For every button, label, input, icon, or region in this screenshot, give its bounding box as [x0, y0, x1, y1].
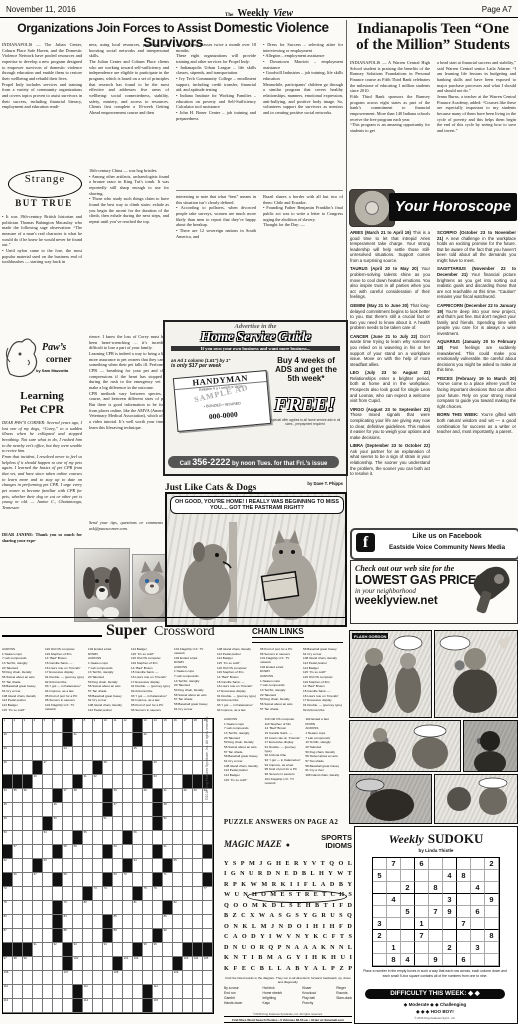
crossword-cell-number: 114	[84, 999, 88, 1002]
crossword-cell	[13, 803, 23, 817]
magic-maze-instructions: Find the listed words in the diagram. Th…	[224, 976, 352, 984]
crossword-cell-number: 66	[14, 873, 17, 876]
gas-prices-ad: Check out our web site for the LOWEST GA…	[350, 560, 518, 624]
sudoku-given-cell: 7	[457, 918, 471, 930]
crossword-clue: 61 Cry a river	[174, 708, 214, 712]
crossword-cell	[103, 733, 113, 747]
crossword-cell	[203, 803, 213, 817]
horoscope-entry: ARIES (March 21 to April 19) This is a g…	[350, 230, 430, 263]
crossword-cell	[183, 803, 193, 817]
crossword-cell: 79	[63, 901, 73, 915]
crossword-cell-number: 56	[134, 831, 137, 834]
crossword-cell	[173, 999, 183, 1013]
crossword-cell-number: 25	[134, 747, 137, 750]
crossword-cell: 65	[173, 859, 183, 873]
sudoku-given-cell: 3	[373, 918, 387, 930]
crossword-cell	[23, 929, 33, 943]
crossword-cell	[93, 733, 103, 747]
crossword-cell	[13, 901, 23, 915]
sudoku-empty-cell	[373, 906, 387, 918]
crossword-cell: 47	[113, 803, 123, 817]
crossword-black-cell	[133, 733, 143, 747]
ad-free-text: FREE!	[265, 394, 345, 417]
crossword-cell-number: 84	[64, 915, 67, 918]
crossword-cell-number: 71	[164, 873, 167, 876]
crossword-cell: 22	[143, 733, 153, 747]
crossword-cell-number: 35	[14, 789, 17, 792]
crossword-black-cell	[73, 775, 83, 789]
crossword-black-cell	[183, 775, 193, 789]
crossword-cell-number: 30	[34, 775, 37, 778]
crossword-cell	[23, 985, 33, 999]
crossword-cell	[23, 873, 33, 887]
sudoku-empty-cell	[373, 954, 387, 966]
crossword-cell	[13, 929, 23, 943]
crossword-cell	[183, 901, 193, 915]
crossword-cell: 105	[203, 957, 213, 971]
crossword-cell-number: 93	[74, 943, 77, 946]
crossword-cell	[53, 971, 63, 985]
sudoku-empty-cell	[443, 918, 457, 930]
crossword-cell	[53, 775, 63, 789]
crossword-cell	[203, 915, 213, 929]
article-right-headline: Indianapolis Teen “One of the Million” S…	[350, 22, 516, 54]
sudoku-given-cell: 8	[387, 954, 401, 966]
crossword-cell	[83, 845, 93, 859]
crossword-cell	[43, 915, 53, 929]
crossword-cell-number: 21	[74, 733, 77, 736]
crossword-cell	[93, 831, 103, 845]
crossword-black-cell	[193, 943, 203, 957]
crossword-clue: 101 Flagship U.K. TV network	[174, 648, 214, 656]
crossword-cell	[13, 747, 23, 761]
sudoku-empty-cell	[429, 894, 443, 906]
crossword-cell-number: 79	[64, 901, 67, 904]
crossword-black-cell	[53, 901, 63, 915]
sudoku-title-sudoku: SUDOKU	[428, 831, 484, 846]
sudoku-empty-cell	[443, 930, 457, 942]
magic-maze-header: MAGIC MAZE ● SPORTS IDIOMS	[224, 834, 352, 852]
crossword-cell	[193, 817, 203, 831]
article-right-col1: INDIANAPOLIS — A Warren Central High Sch…	[350, 60, 430, 186]
crossword-cell-number: 1	[4, 719, 6, 722]
sudoku-given-cell: 7	[429, 906, 443, 918]
crossword-cell-number: 38	[74, 789, 77, 792]
strange-col2: 16th-century China — was hog bristles. •…	[89, 168, 169, 330]
ad-subtitle: If you own your own business and want mo…	[171, 346, 340, 351]
crossword-cell	[193, 929, 203, 943]
crossword-cell-number: 6	[54, 719, 56, 722]
crossword-cell	[23, 901, 33, 915]
crossword-cell: 53	[3, 831, 13, 845]
crossword-cell	[123, 761, 133, 775]
crossword-cell	[23, 887, 33, 901]
crossword-cell: 14	[153, 719, 163, 733]
paws-col2: rience. I know the loss of Corey must ha…	[89, 334, 169, 518]
ad-offer-line1: Buy 4 weeks of	[269, 356, 343, 365]
crossword-cell-number: 22	[144, 733, 147, 736]
crossword-clue: 101 Flagship U.K. TV network	[45, 704, 85, 712]
facebook-line1: Like us on Facebook	[378, 533, 516, 540]
crossword-cell	[173, 803, 183, 817]
crossword-cell	[203, 999, 213, 1013]
crossword-cell	[193, 831, 203, 845]
crossword-cell	[13, 733, 23, 747]
magic-maze-word-list: By a noseEnd runGambitHands downHat tric…	[224, 986, 352, 1006]
crossword-cell	[43, 887, 53, 901]
crossword-cell	[43, 971, 53, 985]
crossword-clue: 115 “It’s so cold!”	[2, 709, 42, 713]
horoscope-title: Your Horoscope	[389, 193, 517, 221]
crossword-cell	[183, 845, 193, 859]
crossword-cell: 102	[133, 957, 143, 971]
crossword-cell: 45	[3, 803, 13, 817]
crossword-black-cell	[73, 985, 83, 999]
crossword-cell	[33, 747, 43, 761]
magic-maze-row: ONKLMJNDOIHIHFD	[224, 921, 352, 932]
crossword-cell: 28	[103, 761, 113, 775]
crossword-cell	[143, 929, 153, 943]
gas-pump-icon	[457, 563, 515, 621]
sudoku-empty-cell	[401, 918, 415, 930]
crossword-cell: 94	[103, 943, 113, 957]
sudoku-empty-cell	[387, 930, 401, 942]
magic-maze-theme: SPORTS IDIOMS	[321, 834, 352, 850]
crossword-black-cell	[133, 887, 143, 901]
crossword-cell: 52	[163, 817, 173, 831]
horoscope-banner: Your Horoscope	[349, 189, 517, 225]
crossword-black-cell	[83, 887, 93, 901]
sudoku-empty-cell	[415, 894, 429, 906]
crossword-cell	[93, 999, 103, 1013]
sudoku-empty-cell	[429, 870, 443, 882]
crossword-cell: 23	[3, 747, 13, 761]
crossword-cell	[93, 817, 103, 831]
crossword-cell-number: 102	[134, 957, 139, 960]
crossword-cell	[53, 999, 63, 1013]
crossword-cell	[133, 789, 143, 803]
sudoku-empty-cell	[429, 918, 443, 930]
crossword-cell	[73, 747, 83, 761]
crossword-cell	[23, 859, 33, 873]
crossword-cell	[203, 859, 213, 873]
crossword-cell	[163, 831, 173, 845]
crossword-cell-number: 53	[4, 831, 7, 834]
crossword-cell	[193, 733, 203, 747]
crossword-cell-number: 74	[104, 887, 107, 890]
crossword-cell	[143, 971, 153, 985]
crossword-cell	[123, 999, 133, 1013]
crossword-cell	[123, 817, 133, 831]
crossword-cell	[63, 887, 73, 901]
crossword-cell	[183, 971, 193, 985]
crossword-cell	[53, 761, 63, 775]
horoscope-entry: PISCES (February 19 to March 20) You’ve …	[437, 376, 516, 409]
crossword-cell	[23, 747, 33, 761]
crossword-cell	[33, 887, 43, 901]
sudoku-empty-cell	[415, 906, 429, 918]
strange-col4: Brazil shares a border with all but two …	[263, 194, 343, 314]
crossword-black-cell	[3, 873, 13, 887]
crossword-cell	[163, 887, 173, 901]
crossword-cell: 85	[113, 915, 123, 929]
crossword-cell: 12	[123, 719, 133, 733]
crossword-black-cell	[153, 873, 163, 887]
paws-corner-logo: Paw’s corner by Sam Mazzotta	[2, 334, 84, 388]
crossword-cell	[13, 859, 23, 873]
home-service-guide-ad: Advertise in the Home Service Guide If y…	[163, 320, 348, 476]
crossword-cell-number: 31	[84, 775, 87, 778]
crossword-cell	[113, 733, 123, 747]
crossword-cell	[173, 817, 183, 831]
sudoku-empty-cell	[387, 906, 401, 918]
crossword-cell	[163, 733, 173, 747]
crossword-cell-number: 55	[84, 831, 87, 834]
crossword-cell	[53, 957, 63, 971]
crossword-cell-number: 61	[164, 845, 167, 848]
crossword-cell-number: 46	[54, 803, 57, 806]
crossword-black-cell	[113, 957, 123, 971]
crossword-black-cell	[73, 999, 83, 1013]
crossword-cell	[203, 831, 213, 845]
crossword-cell	[63, 985, 73, 999]
horoscope-entry: LEO (July 23 to August 22) Relationships…	[350, 370, 430, 403]
crossword-cell-number: 62	[4, 859, 7, 862]
crossword-cell	[43, 775, 53, 789]
horoscope-entry: TAURUS (April 20 to May 20) Your problem…	[350, 266, 430, 299]
crossword-cell	[73, 887, 83, 901]
sudoku-empty-cell	[401, 930, 415, 942]
crossword-cell-number: 115	[154, 999, 158, 1002]
sudoku-empty-cell	[457, 858, 471, 870]
crossword-cell-number: 113	[4, 999, 8, 1002]
crossword-cell: 64	[133, 859, 143, 873]
crossword-cell	[163, 775, 173, 789]
crossword-cell	[193, 803, 203, 817]
crossword-black-cell	[23, 943, 33, 957]
crossword-copyright: ©2016 King Features Syndicate, Inc. All …	[205, 716, 209, 800]
sudoku-empty-cell	[471, 918, 485, 930]
crossword-cell-number: 72	[4, 887, 7, 890]
crossword-cell	[163, 761, 173, 775]
crossword-black-cell	[63, 943, 73, 957]
crossword-cell: 31	[83, 775, 93, 789]
crossword-cell	[33, 971, 43, 985]
crossword-cell-number: 64	[134, 859, 137, 862]
paws-send-line: Send your tips, questions or comments to…	[89, 520, 169, 536]
crossword-black-cell	[123, 859, 133, 873]
crossword-cell: 41	[163, 789, 173, 803]
crossword-cell: 62	[3, 859, 13, 873]
sudoku-legend-line2: ◆ ◆ ◆ HOO BOY!	[355, 1009, 515, 1015]
crossword-cell: 48	[163, 803, 173, 817]
crossword-cell	[113, 775, 123, 789]
crossword-cell	[143, 915, 153, 929]
crossword-cell	[113, 999, 123, 1013]
crossword-cell	[73, 901, 83, 915]
crossword-cell-number: 83	[4, 915, 7, 918]
ad-call-post: by noon Tues. for that Fri.’s issue	[230, 461, 327, 467]
crossword-cell-number: 34	[4, 789, 7, 792]
crossword-cell	[53, 985, 63, 999]
crossword-cell	[23, 733, 33, 747]
sudoku-empty-cell	[415, 942, 429, 954]
crossword-black-cell	[133, 943, 143, 957]
crossword-cell-number: 50	[54, 817, 57, 820]
magic-maze-word-column: By a noseEnd runGambitHands down	[224, 986, 242, 1006]
magic-maze-row: BZCXWASGSYGRUSQ	[224, 911, 352, 922]
ad-script-line: Advertise in the	[165, 323, 346, 330]
sudoku-empty-cell	[373, 942, 387, 954]
comic-strip-panel-6	[434, 774, 518, 824]
horoscope-entry: CANCER (June 21 to July 22) Don’t waste …	[350, 334, 430, 367]
sudoku-empty-cell	[471, 870, 485, 882]
crossword-cell	[203, 929, 213, 943]
crossword-cell: 81	[133, 901, 143, 915]
crossword-cell	[153, 971, 163, 985]
header-rule	[0, 17, 518, 18]
ad-title: Home Service Guide	[165, 330, 346, 346]
crossword-cell-number: 37	[64, 789, 67, 792]
sudoku-given-cell: 9	[443, 906, 457, 918]
crossword-cell: 50	[53, 817, 63, 831]
sudoku-title-weekly: Weekly	[389, 832, 424, 846]
sudoku-given-cell: 4	[471, 882, 485, 894]
horoscope-entry: SAGITTARIUS (November 22 to December 21)…	[437, 266, 516, 299]
strange-divider-rule	[176, 190, 343, 191]
crossword-black-cell	[63, 957, 73, 971]
sudoku-given-cell: 6	[457, 954, 471, 966]
sudoku-box: Weekly SUDOKU by Linda Thistle 762548284…	[354, 826, 518, 1024]
crossword-cell	[93, 747, 103, 761]
horoscope-entry: AQUARIUS (January 20 to February 18) Pas…	[437, 339, 516, 372]
crossword-cell	[143, 859, 153, 873]
sudoku-given-cell: 2	[401, 882, 415, 894]
sudoku-empty-cell	[415, 882, 429, 894]
crossword-cell	[123, 901, 133, 915]
sudoku-empty-cell	[457, 906, 471, 918]
crossword-clue: 57 Tan shade	[260, 708, 300, 712]
crossword-cell: 86	[163, 915, 173, 929]
crossword-cell	[83, 747, 93, 761]
crossword-cell: 32	[93, 775, 103, 789]
crossword-black-cell	[203, 873, 213, 887]
crossword-cell	[173, 845, 183, 859]
crossword-cell: 16	[173, 719, 183, 733]
crossword-cell	[43, 747, 53, 761]
sudoku-grid: 76254828443957963172781238496	[372, 857, 500, 967]
crossword-black-cell	[73, 831, 83, 845]
crossword-cell: 49	[3, 817, 13, 831]
crossword-cell-number: 10	[104, 719, 107, 722]
crossword-cell	[13, 831, 23, 845]
crossword-cell	[183, 887, 193, 901]
crossword-cell: 18	[193, 719, 203, 733]
paws-letter: DEAR PAW’S CORNER: Several years ago, I …	[2, 420, 82, 532]
crossword-cell-number: 16	[174, 719, 177, 722]
sudoku-empty-cell	[485, 906, 499, 918]
crossword-cell	[193, 915, 203, 929]
crossword-cell	[163, 971, 173, 985]
crossword-cell	[83, 859, 93, 873]
crossword-cell	[93, 943, 103, 957]
magic-maze-row: DNUORQPNAAAKNNL	[224, 942, 352, 953]
crossword-cell	[173, 761, 183, 775]
crossword-cell-number: 26	[4, 761, 7, 764]
crossword-cell	[123, 733, 133, 747]
crossword-cell-number: 14	[154, 719, 157, 722]
crossword-cell: 98	[13, 957, 23, 971]
crossword-cell: 73	[93, 887, 103, 901]
sudoku-empty-cell	[401, 942, 415, 954]
comic-strip-panel-5	[349, 774, 432, 824]
crossword-cell-number: 33	[154, 775, 157, 778]
sudoku-empty-cell	[471, 954, 485, 966]
facebook-icon: f	[356, 533, 375, 552]
crossword-header-rule-right	[252, 642, 343, 643]
horoscope-entry: CAPRICORN (December 22 to January 19) Yo…	[437, 303, 516, 336]
crossword-header: Super Crossword CHAIN LINKS	[2, 622, 343, 644]
crossword-cell	[193, 747, 203, 761]
crossword-cell	[43, 901, 53, 915]
crossword-cell	[133, 929, 143, 943]
crossword-cell-number: 94	[104, 943, 107, 946]
magic-maze-word-column: KisserKnockoutPlay ballPunchy	[302, 986, 316, 1006]
ad-price-line2: is only $17 per week	[171, 363, 221, 369]
crossword-cell	[203, 985, 213, 999]
crossword-cell: 33	[153, 775, 163, 789]
crossword-cell	[93, 901, 103, 915]
crossword-cell-number: 57	[14, 845, 17, 848]
crossword-cell	[143, 957, 153, 971]
crossword-cell	[83, 929, 93, 943]
crossword-cell-number: 51	[104, 817, 107, 820]
crossword-cell: 15	[163, 719, 173, 733]
crossword-cell	[193, 873, 203, 887]
crossword-cell	[203, 901, 213, 915]
crossword-cell: 106	[3, 971, 13, 985]
crossword-cell-number: 23	[4, 747, 7, 750]
crossword-cell	[93, 803, 103, 817]
crossword-cell	[173, 775, 183, 789]
crossword-cell	[83, 803, 93, 817]
crossword-cell-number: 59	[74, 845, 77, 848]
crossword-cell: 54	[43, 831, 53, 845]
crossword-cell-number: 88	[64, 929, 67, 932]
sudoku-empty-cell	[485, 918, 499, 930]
crossword-cell	[153, 859, 163, 873]
sudoku-empty-cell	[485, 942, 499, 954]
crossword-cell	[123, 915, 133, 929]
crossword-cell	[23, 831, 33, 845]
crossword-cell: 42	[183, 789, 193, 803]
crossword-cell: 109	[173, 971, 183, 985]
crossword-black-cell	[103, 845, 113, 859]
sudoku-byline: by Linda Thistle	[355, 848, 517, 853]
crossword-cell: 38	[73, 789, 83, 803]
horoscope-col-left: ARIES (March 21 to April 19) This is a g…	[350, 230, 430, 526]
crossword-cell-number: 39	[114, 789, 117, 792]
sudoku-difficulty-bar: DIFFICULTY THIS WEEK: ◆ ◆	[365, 989, 505, 999]
crossword-cell-number: 90	[164, 929, 167, 932]
crossword-cell-number: 13	[144, 719, 147, 722]
comic-strip-panel-2	[434, 630, 518, 718]
crossword-clues-side: ACROSS1 Neaten cups7 Lab compounds13 Ter…	[224, 718, 343, 810]
strange-logo-line2: BUT TRUE	[8, 198, 80, 208]
crossword-cell-number: 9	[94, 719, 96, 722]
crossword-cell	[193, 761, 203, 775]
crossword-clue: 113 Pedal pusher	[88, 709, 128, 713]
